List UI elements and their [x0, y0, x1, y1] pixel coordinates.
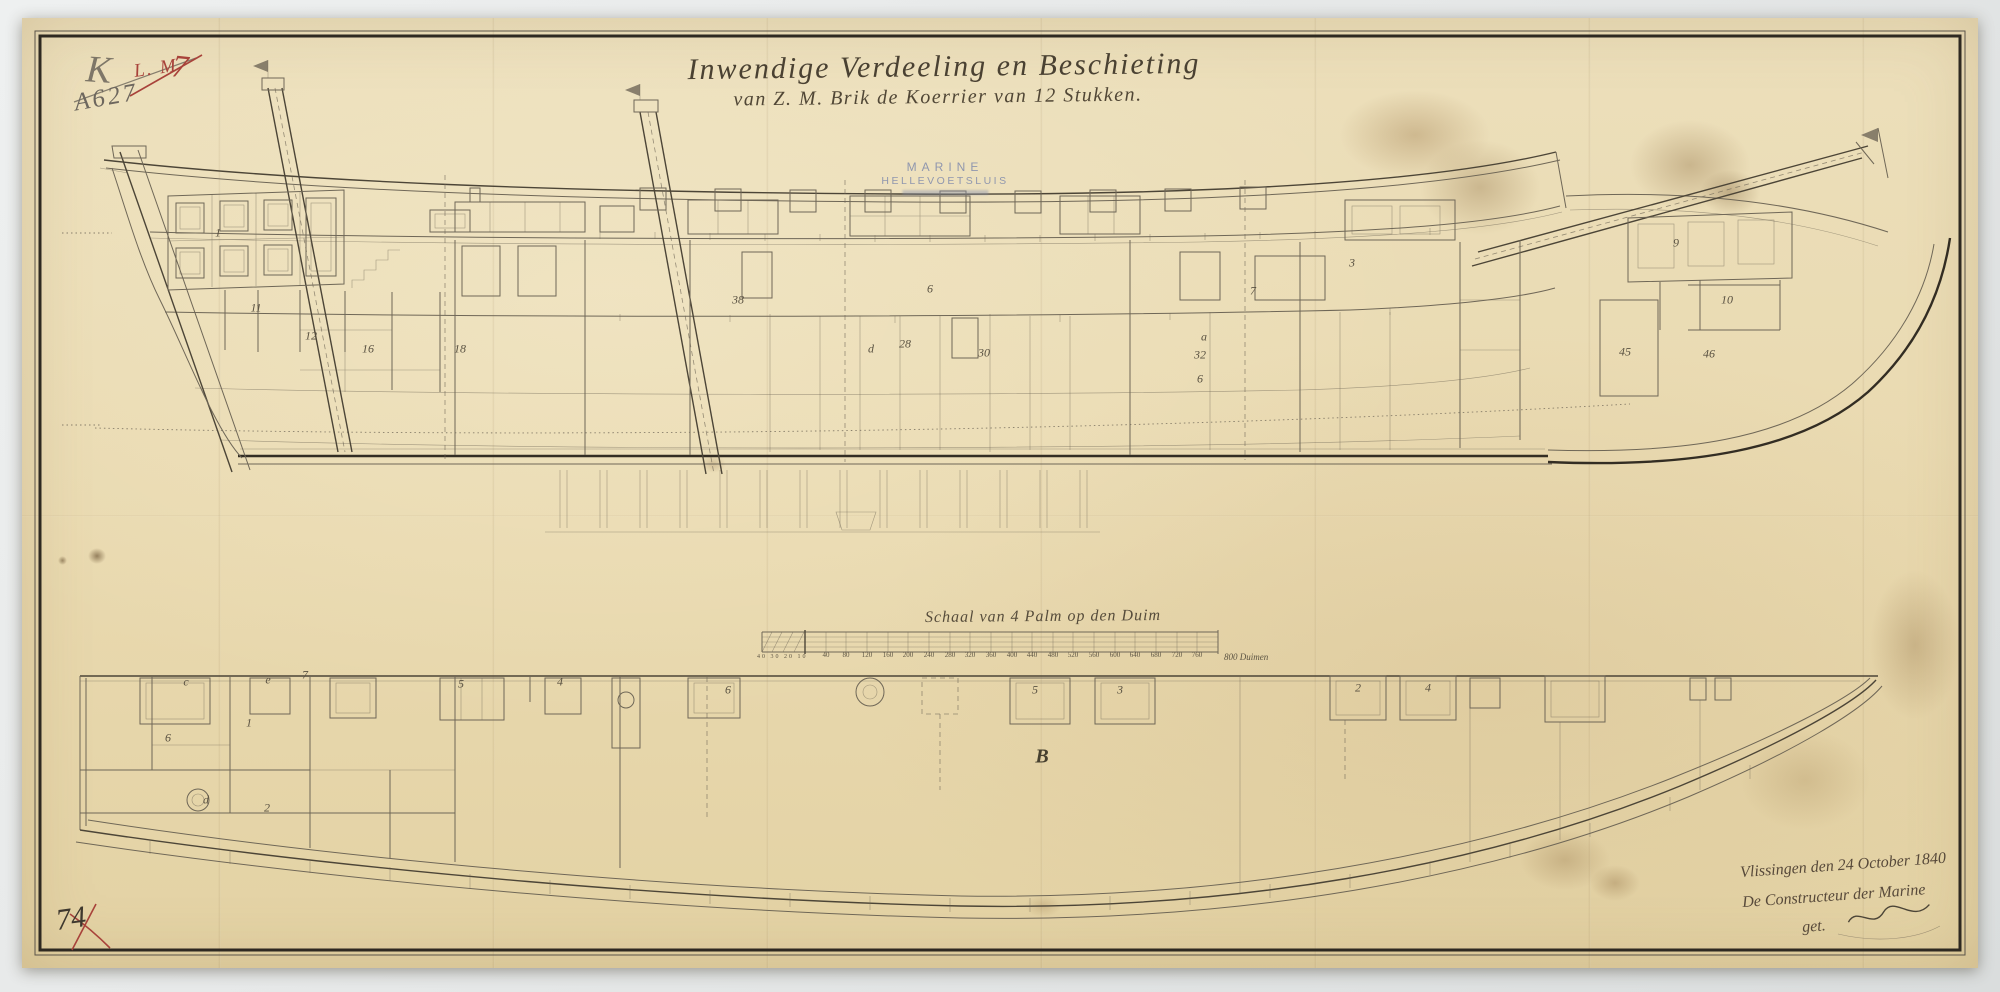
deck-plan: [76, 676, 1882, 918]
stamp-line-2: HELLEVOETSLUIS: [881, 175, 1008, 187]
scale-bar: [762, 630, 1218, 654]
signature-inscription: Vlissingen den 24 October 1840 De Constr…: [1739, 842, 1975, 947]
scale-bar-label: Schaal van 4 Palm op den Duim: [925, 607, 1161, 627]
longitudinal-section: [62, 60, 1950, 532]
scanned-drawing-photo: Inwendige Verdeeling en Beschieting van …: [0, 0, 2000, 992]
plan-section-letter: B: [1035, 746, 1048, 769]
ship-plan-linework: [0, 0, 2000, 992]
marine-stamp: MARINE HELLEVOETSLUIS: [881, 160, 1008, 195]
stamp-illegible-line: [902, 190, 988, 195]
scale-bar-subdivisions: 40 30 20 10: [757, 654, 808, 660]
scale-bar-end-label: 800 Duimen: [1224, 652, 1268, 662]
sheet-number: 74: [54, 900, 88, 938]
drawing-title: Inwendige Verdeeling en Beschieting: [687, 47, 1200, 87]
stamp-line-1: MARINE: [881, 160, 1008, 174]
